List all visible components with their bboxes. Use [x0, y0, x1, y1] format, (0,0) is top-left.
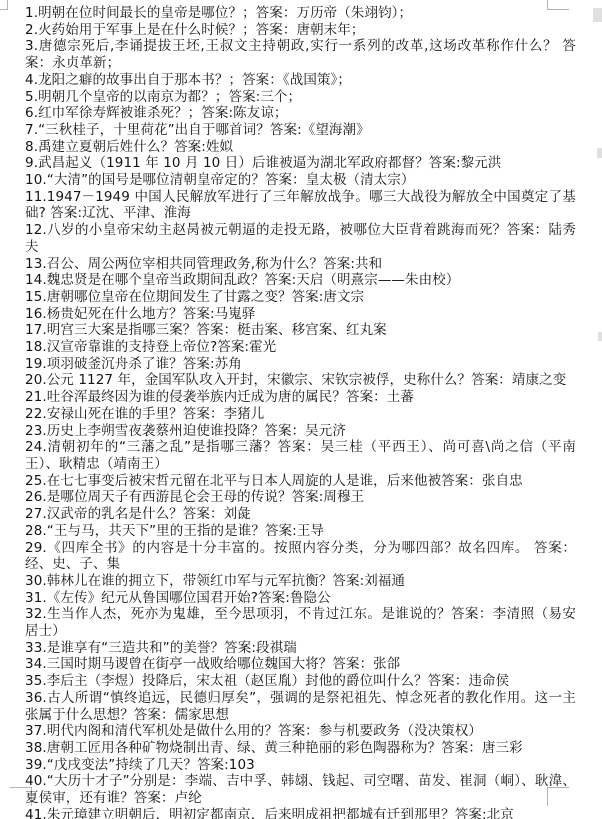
qa-item: 17.明宫三大案是指哪三案？答案：梃击案、移宫案、红丸案 — [25, 322, 576, 339]
qa-item: 2.火药始用于军事上是在什么时候？；答案：唐朝末年； — [25, 22, 576, 39]
qa-item: 33.是谁享有“三造共和”的美誉？答案:段祺瑞 — [25, 640, 576, 657]
qa-item: 24.清朝初年的“三藩之乱”是指哪三藩？答案：吴三桂（平西王）、尚可喜\尚之信（… — [25, 439, 576, 472]
qa-item: 8.禹建立夏朝后姓什么？答案:姓姒 — [25, 139, 576, 156]
qa-item: 40.“大历十才子”分别是：李端、吉中孚、韩翃、钱起、司空曙、苗发、崔洞（峒）、… — [25, 773, 576, 806]
qa-item: 34.三国时期马谡曾在街亭一战败给哪位魏国大将？答案：张郃 — [25, 656, 576, 673]
qa-item: 37.明代内阁和清代军机处是做什么用的？答案：参与机要政务（没决策权） — [25, 723, 576, 740]
document-page: 1.明朝在位时间最长的皇帝是哪位？；答案：万历帝（朱翊钧）；2.火药始用于军事上… — [0, 0, 602, 819]
qa-item: 35.李后主（李煜）投降后，宋太祖（赵匡胤）封他的爵位叫什么？答案：违命侯 — [25, 673, 576, 690]
scan-artifact — [598, 332, 602, 341]
question-list: 1.明朝在位时间最长的皇帝是哪位？；答案：万历帝（朱翊钧）；2.火药始用于军事上… — [25, 5, 576, 819]
qa-item: 22.安禄山死在谁的手里？答案：李猪儿 — [25, 406, 576, 423]
scan-artifact — [593, 8, 602, 22]
qa-item: 15.唐朝哪位皇帝在位期间发生了甘露之变？答案:唐文宗 — [25, 289, 576, 306]
qa-item: 6.红巾军徐寿辉被谁杀死？；答案:陈友谅； — [25, 105, 576, 122]
qa-item: 13.召公、周公两位宰相共同管理政务,称为什么？答案:共和 — [25, 256, 576, 273]
qa-item: 20.公元 1127 年，金国军队攻入开封，宋徽宗、宋钦宗被俘，史称什么？答案：… — [25, 372, 576, 389]
qa-item: 14.魏忠贤是在哪个皇帝当政期间乱政？答案:天启（明熹宗——朱由校） — [25, 272, 576, 289]
qa-item: 18.汉宣帝靠谁的支持登上帝位?答案:霍光 — [25, 339, 576, 356]
qa-item: 3.唐德宗死后,李诵提拔王坯,王叔文主持朝政,实行一系列的改革,这场改革称作什么… — [25, 38, 576, 71]
qa-item: 19.项羽破釜沉舟杀了谁？答案:苏角 — [25, 356, 576, 373]
qa-item: 9.武昌起义（1911 年 10 月 10 日）后谁被逼为湖北军政府都督？答案:… — [25, 155, 576, 172]
qa-item: 26.是哪位周天子有西游昆仑会王母的传说？答案:周穆王 — [25, 489, 576, 506]
qa-item: 30.韩林儿在谁的拥立下，带领红巾军与元军抗衡？答案:刘福通 — [25, 573, 576, 590]
qa-item: 12.八岁的小皇帝宋幼主赵昺被元朝逼的走投无路，被哪位大臣背着跳海而死？答案：陆… — [25, 222, 576, 255]
qa-item: 31.《左传》纪元从鲁国哪位国君开始?答案:鲁隐公 — [25, 590, 576, 607]
qa-item: 7.“三秋桂子，十里荷花”出自于哪首词？答案:《望海潮》 — [25, 122, 576, 139]
qa-item: 27.汉武帝的乳名是什么？答案：刘彘 — [25, 506, 576, 523]
qa-item: 10.“大清”的国号是哪位清朝皇帝定的？答案：皇太极（清太宗） — [25, 172, 576, 189]
qa-item: 25.在七七事变后被宋哲元留在北平与日本人周旋的人是谁，后来他被答案：张自忠 — [25, 473, 576, 490]
qa-item: 41.朱元璋建立明朝后，明初定都南京，后来明成祖把都城有迁到那里？答案:北京 — [25, 807, 576, 819]
qa-item: 36.古人所谓“慎终追远，民德归厚矣”，强调的是祭祀祖先、悼念死者的教化作用。这… — [25, 690, 576, 723]
qa-item: 5.明朝几个皇帝的以南京为都？；答案:三个； — [25, 89, 576, 106]
qa-item: 1.明朝在位时间最长的皇帝是哪位？；答案：万历帝（朱翊钧）； — [25, 5, 576, 22]
qa-item: 38.唐朝工匠用各种矿物烧制出青、绿、黄三种艳丽的彩色陶器称为？答案：唐三彩 — [25, 740, 576, 757]
qa-item: 11.1947－1949 中国人民解放军进行了三年解放战争。哪三大战役为解放全中… — [25, 189, 576, 222]
qa-item: 21.吐谷浑最终因为谁的侵袭举族内迁成为唐的属民？答案：土蕃 — [25, 389, 576, 406]
qa-item: 39.“戊戌变法”持续了几天？答案:103 — [25, 757, 576, 774]
crop-mark-top-left — [0, 0, 8, 10]
qa-item: 23.历史上李朔雪夜袭蔡州迫使谁投降？答案：吴元济 — [25, 423, 576, 440]
qa-item: 4.龙阳之癖的故事出自于那本书？；答案：《战国策》； — [25, 72, 576, 89]
qa-item: 28.“王与马，共天下”里的王指的是谁？答案:王导 — [25, 523, 576, 540]
qa-item: 29.《四库全书》的内容是十分丰富的。按照内容分类，分为哪四部？故名四库。 答案… — [25, 540, 576, 573]
qa-item: 16.杨贵妃死在什么地方？答案:马嵬驿 — [25, 306, 576, 323]
scan-artifact — [597, 148, 602, 158]
qa-item: 32.生当作人杰，死亦为鬼雄，至今思项羽，不肯过江东。是谁说的？答案：李清照（易… — [25, 606, 576, 639]
